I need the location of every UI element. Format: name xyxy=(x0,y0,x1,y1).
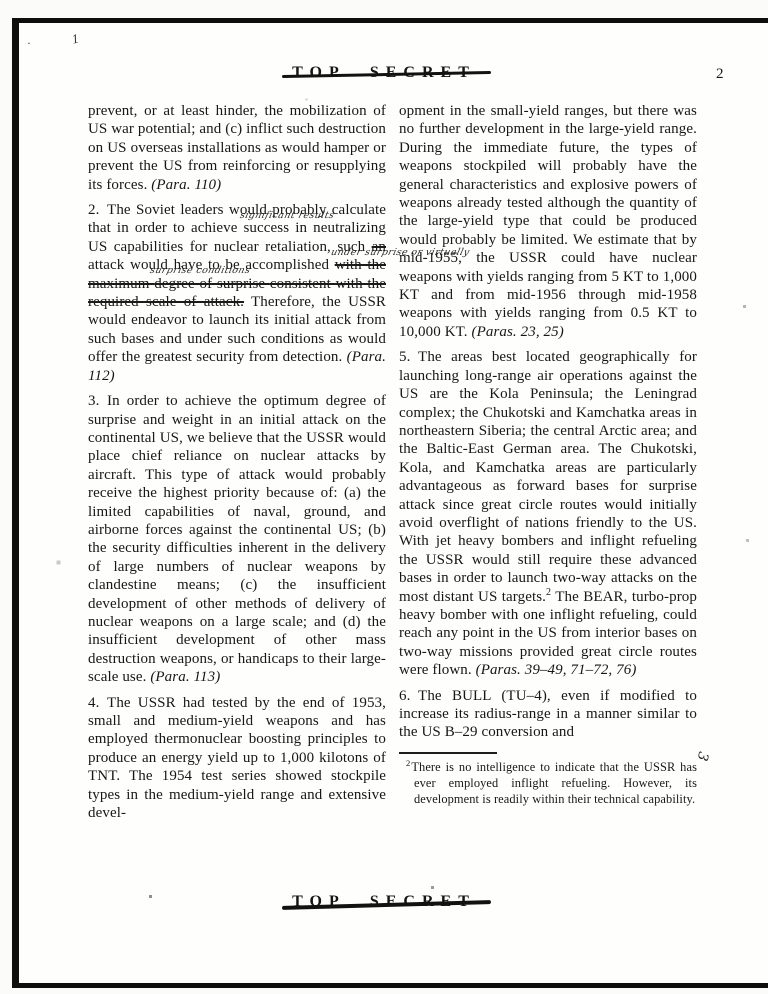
text-segment: (Para. 110) xyxy=(151,177,221,193)
text-segment: success insignificant results xyxy=(244,220,308,236)
classification-text-struck: TOP SECRET xyxy=(289,64,479,82)
footnote-divider-rule xyxy=(399,752,497,754)
footnote-text: There is no intelligence to indicate tha… xyxy=(411,760,697,806)
text-segment: opment in the small-yield ranges, but th… xyxy=(399,103,697,340)
paragraph-3: 3. In order to achieve the optimum degre… xyxy=(88,392,386,687)
page-number: 2 xyxy=(716,66,724,83)
text-segment: (Paras. 23, 25) xyxy=(471,324,563,340)
paragraph-6: 6. The BULL (TU–4), even if modified to … xyxy=(399,687,697,742)
text-segment: 5. The areas best located geographically… xyxy=(399,349,697,604)
text-segment: 4. The USSR had tested by the end of 195… xyxy=(88,695,386,821)
text-segment: (Para. 113) xyxy=(150,669,220,685)
paragraph-4: 4. The USSR had tested by the end of 195… xyxy=(88,694,386,823)
paragraph-5: 5. The areas best located geographically… xyxy=(399,348,697,679)
footnote: 2There is no intelligence to indicate th… xyxy=(399,760,697,808)
footnote-marker: 2 xyxy=(406,758,410,768)
text-segment: 6. The BULL (TU–4), even if modified to … xyxy=(399,688,697,741)
handwritten-annotation: surprise conditions xyxy=(149,266,252,276)
paragraph-4-continuation: opment in the small-yield ranges, but th… xyxy=(399,102,697,341)
text-segment: 3. In order to achieve the optimum degre… xyxy=(88,393,386,685)
right-text-column: opment in the small-yield ranges, but th… xyxy=(399,102,697,808)
paragraph-continuation: prevent, or at least hinder, the mobiliz… xyxy=(88,102,386,194)
paragraph-2: 2. The Soviet leaders would probably cal… xyxy=(88,201,386,385)
footer-classification-banner: TOP SECRET xyxy=(0,893,768,911)
text-segment: degree of surprise surprise conditions xyxy=(154,276,270,292)
scanned-document: { "header": { "classification": "TOP SEC… xyxy=(0,0,768,994)
text-segment: prevent, or at least hinder, the mobiliz… xyxy=(88,103,386,193)
header-classification-banner: TOP SECRET xyxy=(0,64,768,82)
text-segment: (Paras. 39–49, 71–72, 76) xyxy=(476,662,637,678)
scan-noise xyxy=(0,0,1,1)
left-text-column: prevent, or at least hinder, the mobiliz… xyxy=(88,102,386,829)
handwritten-annotation: significant results xyxy=(238,211,335,221)
classification-text-struck: TOP SECRET xyxy=(289,893,479,911)
